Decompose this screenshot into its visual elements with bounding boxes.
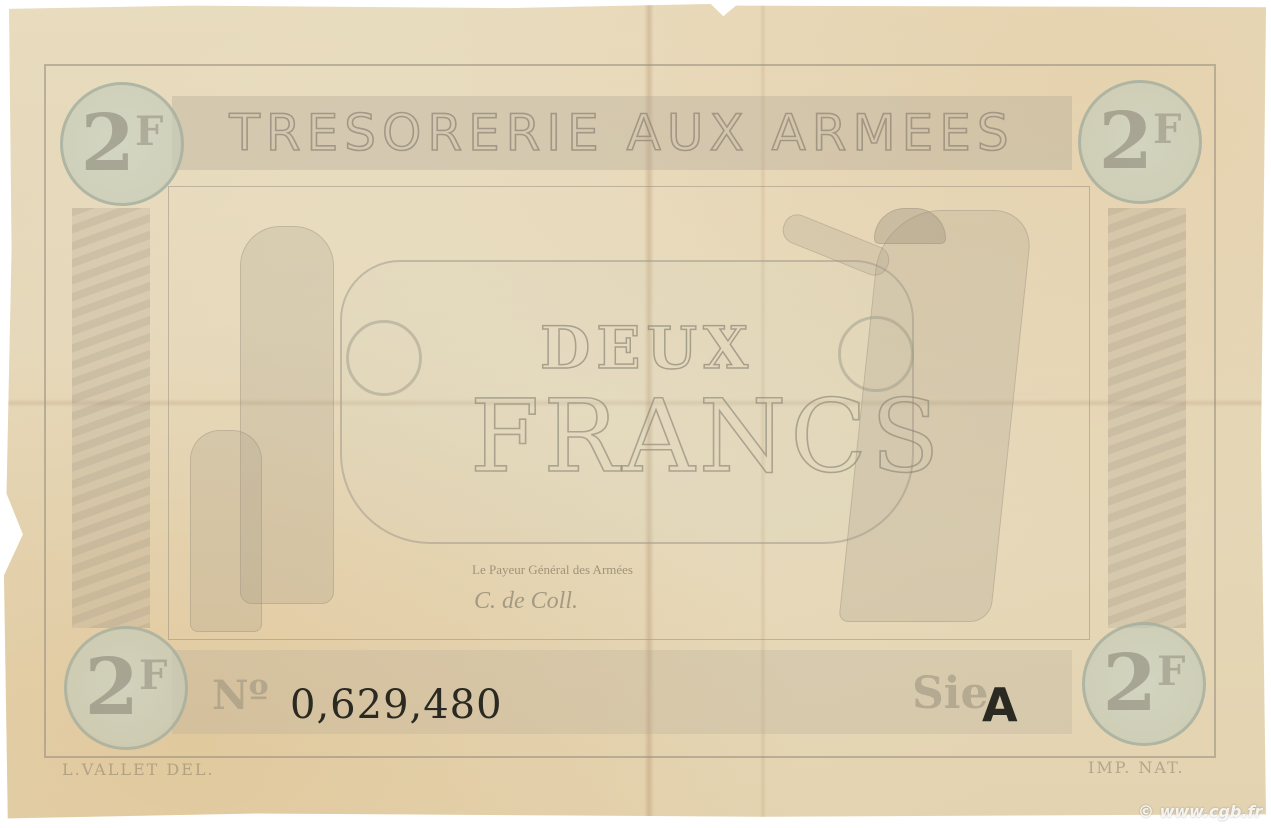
number-label: Nº [212,672,269,719]
corner-medallion-bottom-right: 2 F [1082,622,1206,746]
header-band: TRESORERIE AUX ARMEES [172,96,1072,170]
child-figure [190,430,262,632]
payer-caption: Le Payeur Général des Armées [472,562,633,578]
medallion-currency: F [1157,648,1185,695]
medallion-number: 2 [85,649,139,727]
series-letter: A [982,678,1018,732]
corner-medallion-top-right: 2 F [1078,80,1202,204]
signature: C. de Coll. [474,588,578,615]
header-text: TRESORERIE AUX ARMEES [229,104,1014,162]
medallion-number: 2 [1099,103,1153,181]
medallion-number: 2 [1103,645,1157,723]
denomination-word-2: FRANCS [470,378,943,495]
corner-medallion-bottom-left: 2 F [64,626,188,750]
corner-medallion-top-left: 2 F [60,82,184,206]
right-laurel-band [1108,208,1186,628]
denomination-word-1: DEUX [540,314,754,382]
serial-number: 0,629,480 [290,682,503,728]
scroll-ornament-left [346,320,422,396]
printer-credit: IMP. NAT. [1088,758,1184,777]
medallion-currency: F [1153,106,1181,153]
engraver-credit: L.VALLET DEL. [62,760,215,779]
medallion-currency: F [135,108,163,155]
copyright-watermark: © www.cgb.fr [1138,802,1262,821]
medallion-number: 2 [81,105,135,183]
left-laurel-band [72,208,150,628]
medallion-currency: F [139,652,167,699]
series-label: Sie [912,668,988,719]
